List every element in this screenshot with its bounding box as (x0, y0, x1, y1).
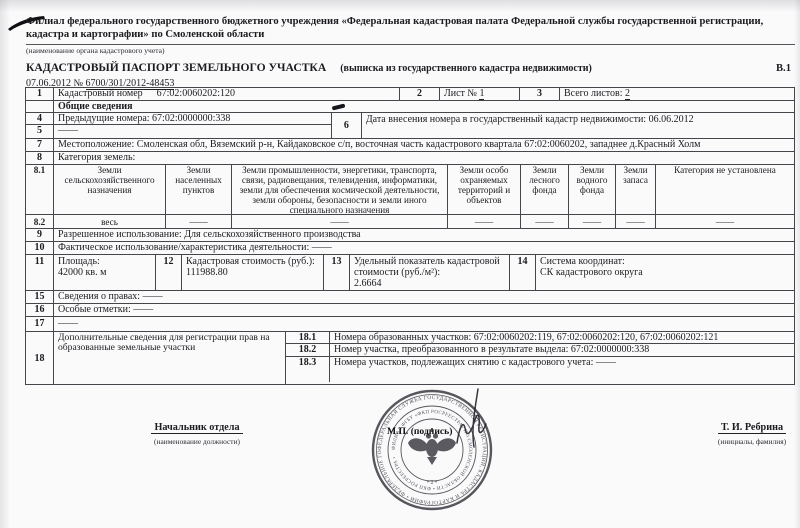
scanned-cadastral-passport: Филиал федерального государственного бюд… (0, 0, 800, 528)
total-sheets-cell: Всего листов: 2 (560, 88, 794, 100)
document-header: Филиал федерального государственного бюд… (26, 16, 795, 89)
category-value: —— (569, 215, 616, 228)
pen-squiggle-mark (332, 103, 345, 110)
row-5: 5 —— (26, 125, 331, 138)
row-17-dash: —— (54, 317, 794, 331)
row-number: 13 (324, 255, 350, 290)
row-number: 6 (332, 113, 362, 138)
row-previous-numbers: 4 Предыдущие номера: 67:02:0000000:338 5… (26, 113, 794, 139)
row-number: 18.2 (286, 344, 330, 356)
position-caption: (наименование должности) (142, 437, 252, 446)
row-number: 7 (26, 139, 54, 151)
previous-numbers-block: 4 Предыдущие номера: 67:02:0000000:338 5… (26, 113, 332, 138)
category-col-not-set: Категория не установлена (656, 165, 794, 214)
special-notes-text: Особые отметки: —— (54, 304, 794, 316)
row-5-dash: —— (54, 125, 331, 138)
cadastral-cost-cell: Кадастровая стоимость (руб.): 111988.80 (182, 255, 324, 290)
area-cell: Площадь: 42000 кв. м (54, 255, 156, 290)
row-number: 18 (26, 332, 54, 384)
category-value: —— (448, 215, 521, 228)
seal-signature-label: М.П. (подпись) (387, 426, 452, 437)
cadastral-number-value: 67:02:0060202:120 (157, 88, 235, 99)
org-name-line1: Филиал федерального государственного бюд… (26, 16, 795, 29)
row-17: 17 —— (26, 317, 794, 332)
seal-center-mark: • 2 • (427, 480, 437, 486)
row-number: 11 (26, 255, 54, 290)
category-col-settlements: Земли населенных пунктов (166, 165, 232, 214)
cadastral-table: 1 Кадастровый номер67:02:0060202:120 2 Л… (25, 87, 795, 385)
category-value: —— (166, 215, 232, 228)
area-value: 42000 кв. м (58, 267, 151, 278)
category-value: —— (656, 215, 794, 228)
row-number: 12 (156, 255, 182, 290)
row-number: 4 (26, 113, 54, 124)
row-number: 10 (26, 242, 54, 254)
row-number: 18.3 (286, 357, 330, 382)
position-title: Начальник отдела (151, 422, 242, 434)
row-number: 8 (26, 152, 54, 164)
org-name: Филиал федерального государственного бюд… (26, 16, 795, 45)
row-number: 14 (510, 255, 536, 290)
title-row: КАДАСТРОВЫЙ ПАСПОРТ ЗЕМЕЛЬНОГО УЧАСТКА(в… (26, 58, 795, 76)
specific-cost-value: 2.6664 (354, 278, 505, 289)
additional-info-label: Дополнительные сведения для регистрации … (54, 332, 286, 384)
org-name-line2: кадастра и картографии» по Смоленской об… (26, 29, 795, 42)
handwritten-signature (448, 383, 512, 475)
row-18-2: 18.2 Номер участка, преобразованного в р… (286, 344, 794, 357)
row-number: 8.1 (26, 165, 54, 214)
additional-info-subrows: 18.1 Номера образованных участков: 67:02… (286, 332, 794, 384)
scan-smudge (0, 0, 10, 528)
category-value: —— (521, 215, 569, 228)
row-number: 9 (26, 229, 54, 241)
row-number (26, 101, 54, 112)
coordinate-system-cell: Система координат: СК кадастрового округ… (536, 255, 794, 290)
sheet-value: 1 (479, 88, 484, 100)
row-number: 8.2 (26, 215, 54, 228)
row-number: 17 (26, 317, 54, 331)
row-land-category-headers: 8.1 Земли сельскохозяйственного назначен… (26, 165, 794, 215)
category-value: весь (54, 215, 166, 228)
category-value: —— (616, 215, 656, 228)
row-number: 18.1 (286, 332, 330, 343)
row-cadastral-number: 1 Кадастровый номер67:02:0060202:120 2 Л… (26, 88, 794, 101)
row-number: 15 (26, 291, 54, 303)
sheet-cell: Лист № 1 (440, 88, 520, 100)
form-code: В.1 (776, 63, 795, 74)
row-18-1: 18.1 Номера образованных участков: 67:02… (286, 332, 794, 344)
page-title-note: (выписка из государственного кадастра не… (340, 63, 592, 74)
cadastral-number-cell: Кадастровый номер67:02:0060202:120 (54, 88, 400, 100)
row-special-notes: 16 Особые отметки: —— (26, 304, 794, 317)
page-title: КАДАСТРОВЫЙ ПАСПОРТ ЗЕМЕЛЬНОГО УЧАСТКА (26, 61, 326, 74)
row-land-category-values: 8.2 весь —— —— —— —— —— —— —— (26, 215, 794, 229)
row-18-3: 18.3 Номера участков, подлежащих снятию … (286, 357, 794, 382)
actual-use-text: Фактическое использование/характеристика… (54, 242, 794, 254)
row-number: 1 (26, 88, 54, 100)
category-col-agricultural: Земли сельскохозяйственного назначения (54, 165, 166, 214)
category-col-protected: Земли особо охраняемых территорий и объе… (448, 165, 521, 214)
total-sheets-value: 2 (625, 88, 630, 100)
location-text: Местоположение: Смоленская обл, Вяземски… (54, 139, 794, 151)
category-col-industry: Земли промышленности, энергетики, трансп… (232, 165, 448, 214)
row-4: 4 Предыдущие номера: 67:02:0000000:338 (26, 113, 331, 125)
row-actual-use: 10 Фактическое использование/характерист… (26, 242, 794, 255)
transformed-parcel-text: Номер участка, преобразованного в резуль… (330, 344, 794, 356)
signer-caption: (инициалы, фамилия) (692, 437, 800, 446)
category-col-forest: Земли лесного фонда (521, 165, 569, 214)
general-info-title: Общие сведения (54, 101, 794, 112)
rights-info-text: Сведения о правах: —— (54, 291, 794, 303)
specific-cost-cell: Удельный показатель кадастровой стоимост… (350, 255, 510, 290)
signer-name: Т. И. Ребрина (718, 422, 786, 434)
org-caption: (наименование органа кадастрового учета) (26, 46, 795, 55)
signature-block-name: Т. И. Ребрина (инициалы, фамилия) (692, 417, 800, 446)
category-col-water: Земли водного фонда (569, 165, 616, 214)
coordinate-system-value: СК кадастрового округа (540, 267, 790, 278)
removed-parcels-text: Номера участков, подлежащих снятию с кад… (330, 357, 794, 382)
land-category-text: Категория земель: (54, 152, 794, 164)
row-number: 3 (520, 88, 560, 100)
row-permitted-use: 9 Разрешенное использование: Для сельско… (26, 229, 794, 242)
cadastral-cost-value: 111988.80 (186, 267, 319, 278)
category-value: —— (232, 215, 448, 228)
row-number: 2 (400, 88, 440, 100)
signature-block-position: Начальник отдела (наименование должности… (142, 417, 252, 446)
registry-entry-date: Дата внесения номера в государственный к… (362, 113, 794, 138)
permitted-use-text: Разрешенное использование: Для сельскохо… (54, 229, 794, 241)
row-additional-info: 18 Дополнительные сведения для регистрац… (26, 332, 794, 384)
category-col-reserve: Земли запаса (616, 165, 656, 214)
row-rights-info: 15 Сведения о правах: —— (26, 291, 794, 304)
row-area-cost: 11 Площадь: 42000 кв. м 12 Кадастровая с… (26, 255, 794, 291)
row-number: 16 (26, 304, 54, 316)
row-land-category: 8 Категория земель: (26, 152, 794, 165)
previous-numbers-text: Предыдущие номера: 67:02:0000000:338 (54, 113, 331, 124)
row-general-info: Общие сведения (26, 101, 794, 113)
row-number: 5 (26, 125, 54, 138)
formed-parcels-text: Номера образованных участков: 67:02:0060… (330, 332, 794, 343)
scan-smudge (0, 0, 800, 12)
row-location: 7 Местоположение: Смоленская обл, Вяземс… (26, 139, 794, 152)
